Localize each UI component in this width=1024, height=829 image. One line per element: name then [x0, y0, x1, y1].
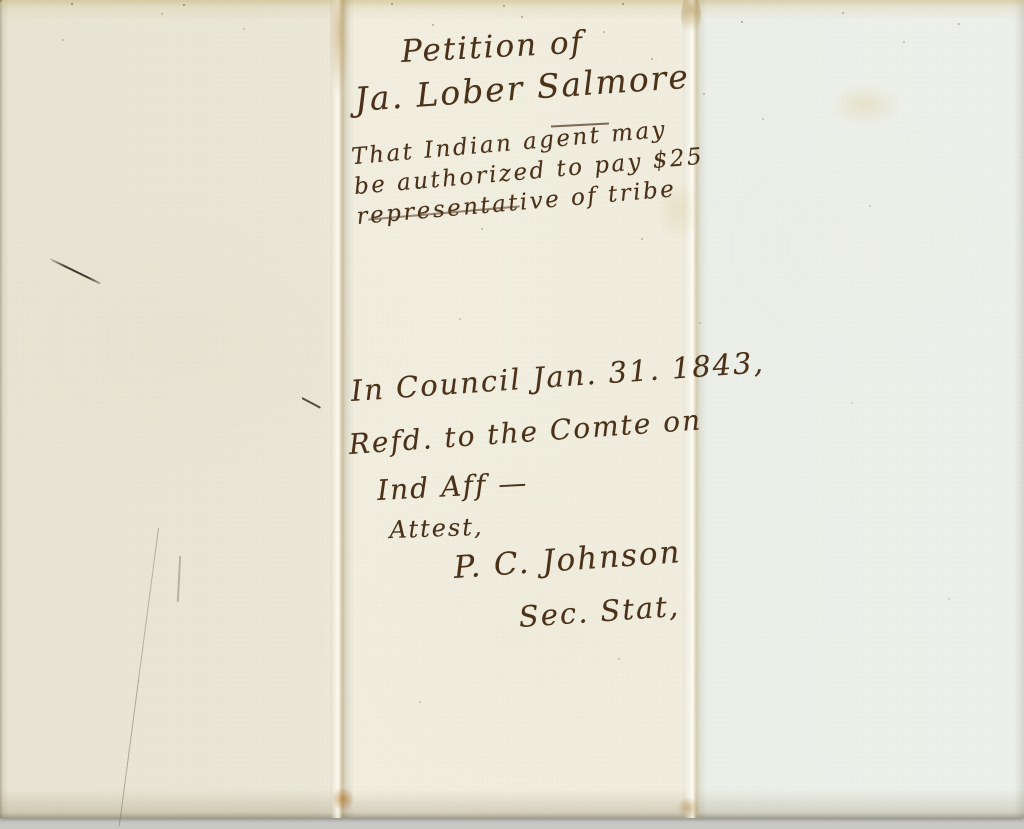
attest-label: Attest, [389, 513, 484, 544]
pen-stroke-mark [50, 258, 101, 284]
stain-left-fold-bottom [333, 786, 353, 812]
crease-scratch-lower [119, 680, 139, 826]
docket-title-line-1: Petition of [400, 24, 585, 70]
short-scratch-mark [177, 556, 181, 602]
endorsement-line-3: Ind Aff — [376, 466, 529, 507]
foxing-specks [0, 0, 2, 2]
endorsement-line-1: In Council Jan. 31. 1843, [350, 345, 766, 408]
stain-right-fold-bottom [676, 798, 700, 818]
pen-dash-mark [302, 397, 321, 409]
secretary-signature: P. C. Johnson [452, 534, 682, 586]
stain-top-right [828, 84, 902, 126]
paper-grain-texture [0, 0, 1024, 818]
endorsement-line-2: Refd. to the Comte on [348, 403, 703, 461]
crease-scratch-upper [138, 528, 159, 681]
paper-sheet: Petition of Ja. Lober Salmore That India… [0, 0, 1024, 818]
docket-summary: That Indian agent may be authorized to p… [350, 112, 708, 232]
document-scan: Petition of Ja. Lober Salmore That India… [0, 0, 1024, 829]
stain-right-fold-top [681, 0, 701, 38]
secretary-title: Sec. Stat, [518, 589, 681, 634]
fold-crease-left [330, 0, 354, 818]
